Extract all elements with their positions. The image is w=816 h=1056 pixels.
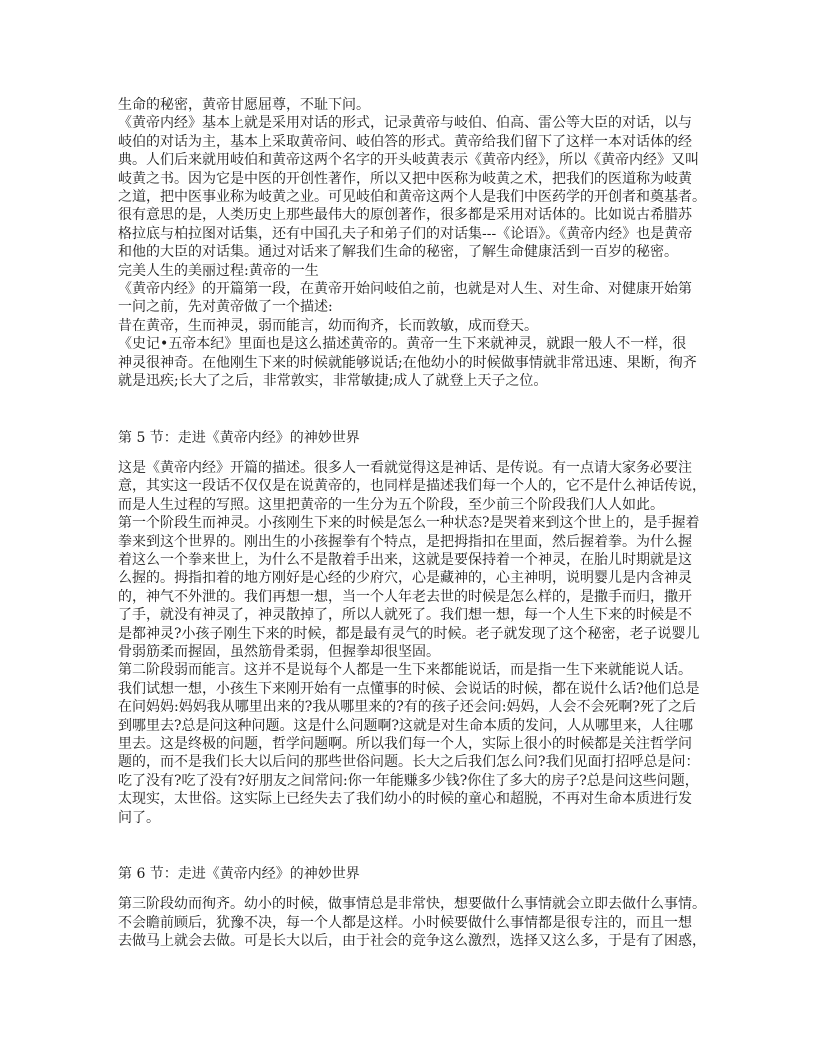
text-line: 的，神气不外泄的。我们再想一想，当一个人年老去世的时候是怎么样的，是撒手而归，撒… [118, 588, 700, 606]
text-line: 生命的秘密，黄帝甘愿屈尊，不耻下问。 [118, 96, 700, 114]
text-line: 拳来到这个世界的。刚出生的小孩握拳有个特点，是把拇指扣在里面，然后握着拳。为什么… [118, 533, 700, 551]
document-page: 生命的秘密，黄帝甘愿屈尊，不耻下问。《黄帝内经》基本上就是采用对话的形式，记录黄… [0, 0, 816, 1056]
text-line: 岐伯的对话为主，基本上采取黄帝问、岐伯答的形式。黄帝给我们留下了这样一本对话体的… [118, 133, 700, 151]
text-line: 很有意思的是，人类历史上那些最伟大的原创著作，很多都是采用对话体的。比如说古希腊… [118, 206, 700, 224]
text-line: 意，其实这一段话不仅仅是在说黄帝的，也同样是描述我们每一个人的，它不是什么神话传… [118, 477, 700, 495]
text-line: 典。人们后来就用岐伯和黄帝这两个名字的开头岐黄表示《黄帝内经》，所以《黄帝内经》… [118, 151, 700, 169]
text-line: 吃了没有?吃了没有?好朋友之间常问:你一年能赚多少钱?你住了多大的房子?总是问这… [118, 772, 700, 790]
text-line: 到哪里去?总是问这种问题。这是什么问题啊?这就是对生命本质的发问，人从哪里来，人… [118, 717, 700, 735]
text-line: 太现实，太世俗。这实际上已经失去了我们幼小的时候的童心和超脱，不再对生命本质进行… [118, 790, 700, 808]
text-line: 问了。 [118, 809, 700, 827]
text-line: 《黄帝内经》基本上就是采用对话的形式，记录黄帝与岐伯、伯高、雷公等大臣的对话，以… [118, 114, 700, 132]
text-line: 我们试想一想，小孩生下来刚开始有一点懂事的时候、会说话的时候，都在说什么话?他们… [118, 680, 700, 698]
text-line: 不会瞻前顾后，犹豫不决，每一个人都是这样。小时候要做什么事情都是很专注的，而且一… [118, 914, 700, 932]
paragraph: 生命的秘密，黄帝甘愿屈尊，不耻下问。《黄帝内经》基本上就是采用对话的形式，记录黄… [118, 96, 700, 391]
text-line: 昔在黄帝，生而神灵，弱而能言，幼而徇齐，长而敦敏，成而登天。 [118, 317, 700, 335]
section-heading: 第 6 节：走进《黄帝内经》的神妙世界 [118, 865, 700, 883]
section-heading-text: 第 5 节：走进《黄帝内经》的神妙世界 [118, 429, 700, 447]
text-line: 么握的。拇指扣着的地方刚好是心经的少府穴，心是藏神的，心主神明，说明婴儿是内含神… [118, 569, 700, 587]
section-heading-text: 第 6 节：走进《黄帝内经》的神妙世界 [118, 865, 700, 883]
text-line: 之道，把中医事业称为岐黄之业。可见岐伯和黄帝这两个人是我们中医药学的开创者和奠基… [118, 188, 700, 206]
text-line: 了手，就没有神灵了，神灵散掉了，所以人就死了。我们想一想，每一个人生下来的时候是… [118, 606, 700, 624]
paragraph: 第三阶段幼而徇齐。幼小的时候，做事情总是非常快，想要做什么事情就会立即去做什么事… [118, 895, 700, 950]
text-line: 而是人生过程的写照。这里把黄帝的一生分为五个阶段，至少前三个阶段我们人人如此。 [118, 496, 700, 514]
text-line: 就是迅疾;长大了之后，非常敦实，非常敏捷;成人了就登上天子之位。 [118, 372, 700, 390]
text-line: 这是《黄帝内经》开篇的描述。很多人一看就觉得这是神话、是传说。有一点请大家务必要… [118, 459, 700, 477]
text-line: 一问之前，先对黄帝做了一个描述: [118, 298, 700, 316]
text-line: 第一个阶段生而神灵。小孩刚生下来的时候是怎么一种状态?是哭着来到这个世上的，是手… [118, 514, 700, 532]
text-line: 格拉底与柏拉图对话集，还有中国孔夫子和弟子们的对话集---《论语》。《黄帝内经》… [118, 225, 700, 243]
text-line: 骨弱筋柔而握固，虽然筋骨柔弱，但握拳却很坚固。 [118, 643, 700, 661]
text-line: 岐黄之书。因为它是中医的开创性著作，所以又把中医称为岐黄之术，把我们的医道称为岐… [118, 170, 700, 188]
text-line: 着这么一个拳来世上，为什么不是散着手出来，这就是要保持着一个神灵，在胎儿时期就是… [118, 551, 700, 569]
text-line: 第二阶段弱而能言。这并不是说每个人都是一生下来都能说话，而是指一生下来就能说人话… [118, 661, 700, 679]
text-line: 去做马上就会去做。可是长大以后，由于社会的竞争这么激烈，选择又这么多，于是有了困… [118, 932, 700, 950]
text-line: 里去。这是终极的问题，哲学问题啊。所以我们每一个人，实际上很小的时候都是关注哲学… [118, 735, 700, 753]
text-line: 神灵很神奇。在他刚生下来的时候就能够说话;在他幼小的时候做事情就非常迅速、果断，… [118, 354, 700, 372]
document-content: 生命的秘密，黄帝甘愿屈尊，不耻下问。《黄帝内经》基本上就是采用对话的形式，记录黄… [118, 96, 700, 951]
text-line: 《史记•五帝本纪》里面也是这么描述黄帝的。黄帝一生下来就神灵，就跟一般人不一样，… [118, 335, 700, 353]
text-line: 在问妈妈:妈妈我从哪里出来的?我从哪里来的?有的孩子还会问:妈妈，人会不会死啊?… [118, 698, 700, 716]
text-line: 《黄帝内经》的开篇第一段，在黄帝开始问岐伯之前，也就是对人生、对生命、对健康开始… [118, 280, 700, 298]
text-line: 是都神灵?小孩子刚生下来的时候，都是最有灵气的时候。老子就发现了这个秘密，老子说… [118, 625, 700, 643]
section-heading: 第 5 节：走进《黄帝内经》的神妙世界 [118, 429, 700, 447]
text-line: 第三阶段幼而徇齐。幼小的时候，做事情总是非常快，想要做什么事情就会立即去做什么事… [118, 895, 700, 913]
text-line: 和他的大臣的对话集。通过对话来了解我们生命的秘密，了解生命健康活到一百岁的秘密。 [118, 243, 700, 261]
paragraph: 这是《黄帝内经》开篇的描述。很多人一看就觉得这是神话、是传说。有一点请大家务必要… [118, 459, 700, 827]
text-line: 题的，而不是我们长大以后问的那些世俗问题。长大之后我们怎么问?我们见面打招呼总是… [118, 753, 700, 771]
text-line: 完美人生的美丽过程:黄帝的一生 [118, 262, 700, 280]
